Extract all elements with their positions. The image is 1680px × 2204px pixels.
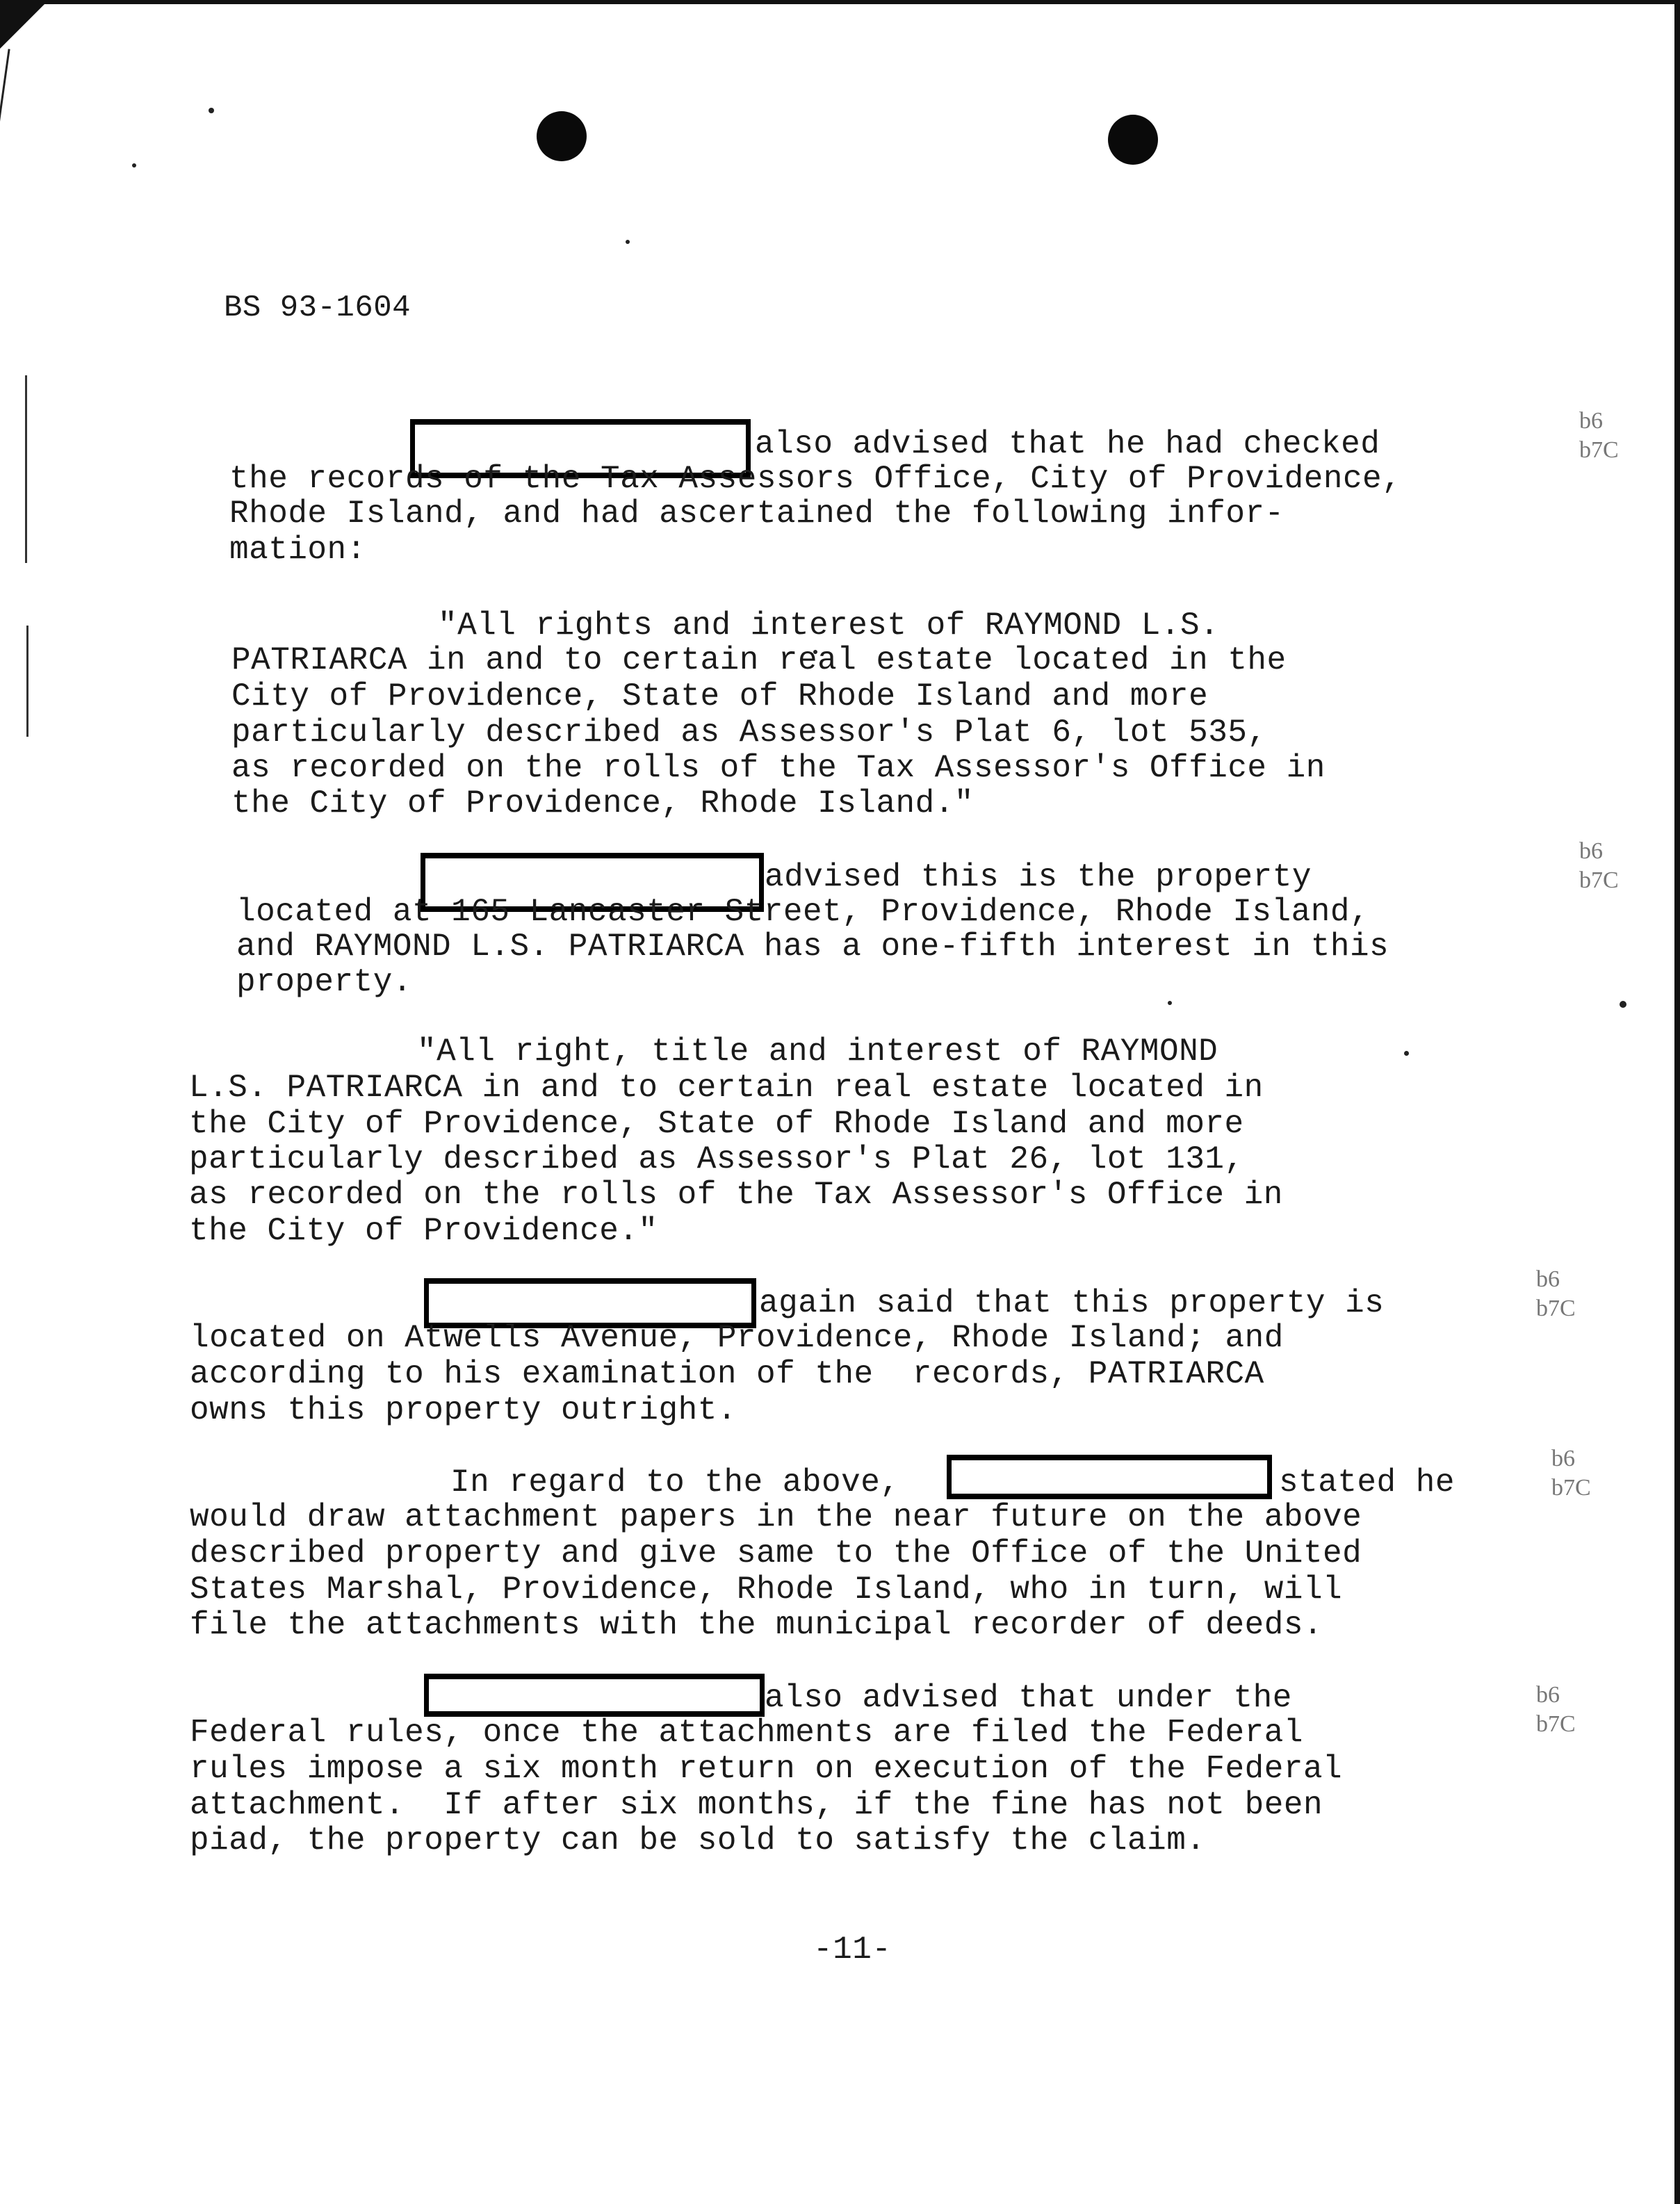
paragraph-5-line: according to his examination of the reco… [190, 1357, 1264, 1391]
punch-hole-right [1108, 115, 1158, 165]
punch-hole-left [537, 111, 587, 161]
paragraph-1-line: Rhode Island, and had ascertained the fo… [229, 496, 1285, 531]
paragraph-3-line: advised this is the property [765, 860, 1312, 895]
quote-2-line: particularly described as Assessor's Pla… [189, 1142, 1244, 1177]
exemption-codes: b6 b7C [1536, 1265, 1576, 1323]
redaction-box [947, 1455, 1272, 1499]
paragraph-5-line: owns this property outright. [190, 1393, 737, 1428]
paragraph-7-line: also advised that under the [765, 1681, 1292, 1715]
paragraph-3-line: property. [236, 965, 412, 999]
scan-border-right [1674, 0, 1680, 2204]
paragraph-7-line: piad, the property can be sold to satisf… [190, 1823, 1205, 1858]
quote-1-line: the City of Providence, Rhode Island." [231, 786, 974, 821]
paragraph-1-line: also advised that he had checked [755, 427, 1380, 462]
paragraph-7-line: attachment. If after six months, if the … [190, 1788, 1323, 1822]
quote-2-line: the City of Providence." [189, 1214, 658, 1248]
quote-1-line: PATRIARCA in and to certain real estate … [231, 643, 1287, 678]
quote-2-line: as recorded on the rolls of the Tax Asse… [189, 1177, 1283, 1212]
paragraph-7-line: rules impose a six month return on execu… [190, 1752, 1342, 1786]
paragraph-1-line: mation: [229, 532, 366, 567]
file-number: BS 93-1604 [224, 291, 411, 325]
paragraph-6-line: file the attachments with the municipal … [190, 1608, 1323, 1642]
paragraph-6-line: States Marshal, Providence, Rhode Island… [190, 1572, 1342, 1607]
speck [1620, 1001, 1626, 1008]
quote-1-line: "All rights and interest of RAYMOND L.S. [438, 608, 1219, 643]
paragraph-7-line: Federal rules, once the attachments are … [190, 1715, 1303, 1750]
scan-artifact [0, 49, 10, 124]
quote-1-line: particularly described as Assessor's Pla… [231, 715, 1267, 750]
page-number: -11- [813, 1932, 891, 1967]
quote-1-line: as recorded on the rolls of the Tax Asse… [231, 751, 1326, 785]
margin-mark [25, 375, 27, 563]
paragraph-6-line: would draw attachment papers in the near… [190, 1500, 1362, 1535]
document-page: BS 93-1604 also advised that he had chec… [0, 0, 1680, 2204]
scan-border-top [0, 0, 1680, 4]
redaction-box [424, 1674, 765, 1717]
quote-1-line: City of Providence, State of Rhode Islan… [231, 679, 1208, 714]
paragraph-6-line: described property and give same to the … [190, 1536, 1362, 1571]
exemption-codes: b6 b7C [1579, 837, 1619, 895]
quote-2-line: "All right, title and interest of RAYMON… [417, 1034, 1218, 1069]
speck [1404, 1051, 1409, 1056]
paragraph-6-lead: In regard to the above, [450, 1465, 899, 1500]
folded-corner [0, 0, 49, 49]
exemption-codes: b6 b7C [1551, 1444, 1591, 1503]
exemption-codes: b6 b7C [1536, 1681, 1576, 1739]
paragraph-1-line: the records of the Tax Assessors Office,… [229, 462, 1401, 496]
paragraph-5-line: located on Atwells Avenue, Providence, R… [190, 1321, 1284, 1355]
margin-mark [26, 626, 28, 737]
speck [209, 108, 214, 113]
paragraph-3-line: located at 165 Lancaster Street, Provide… [236, 895, 1369, 929]
speck [132, 163, 136, 168]
speck [1168, 1001, 1172, 1005]
paragraph-5-line: again said that this property is [759, 1286, 1384, 1321]
paragraph-3-line: and RAYMOND L.S. PATRIARCA has a one-fif… [236, 929, 1389, 964]
quote-2-line: the City of Providence, State of Rhode I… [189, 1107, 1244, 1141]
quote-2-line: L.S. PATRIARCA in and to certain real es… [189, 1070, 1264, 1105]
speck [626, 240, 630, 244]
exemption-codes: b6 b7C [1579, 407, 1619, 465]
paragraph-6-line: stated he [1279, 1465, 1455, 1500]
